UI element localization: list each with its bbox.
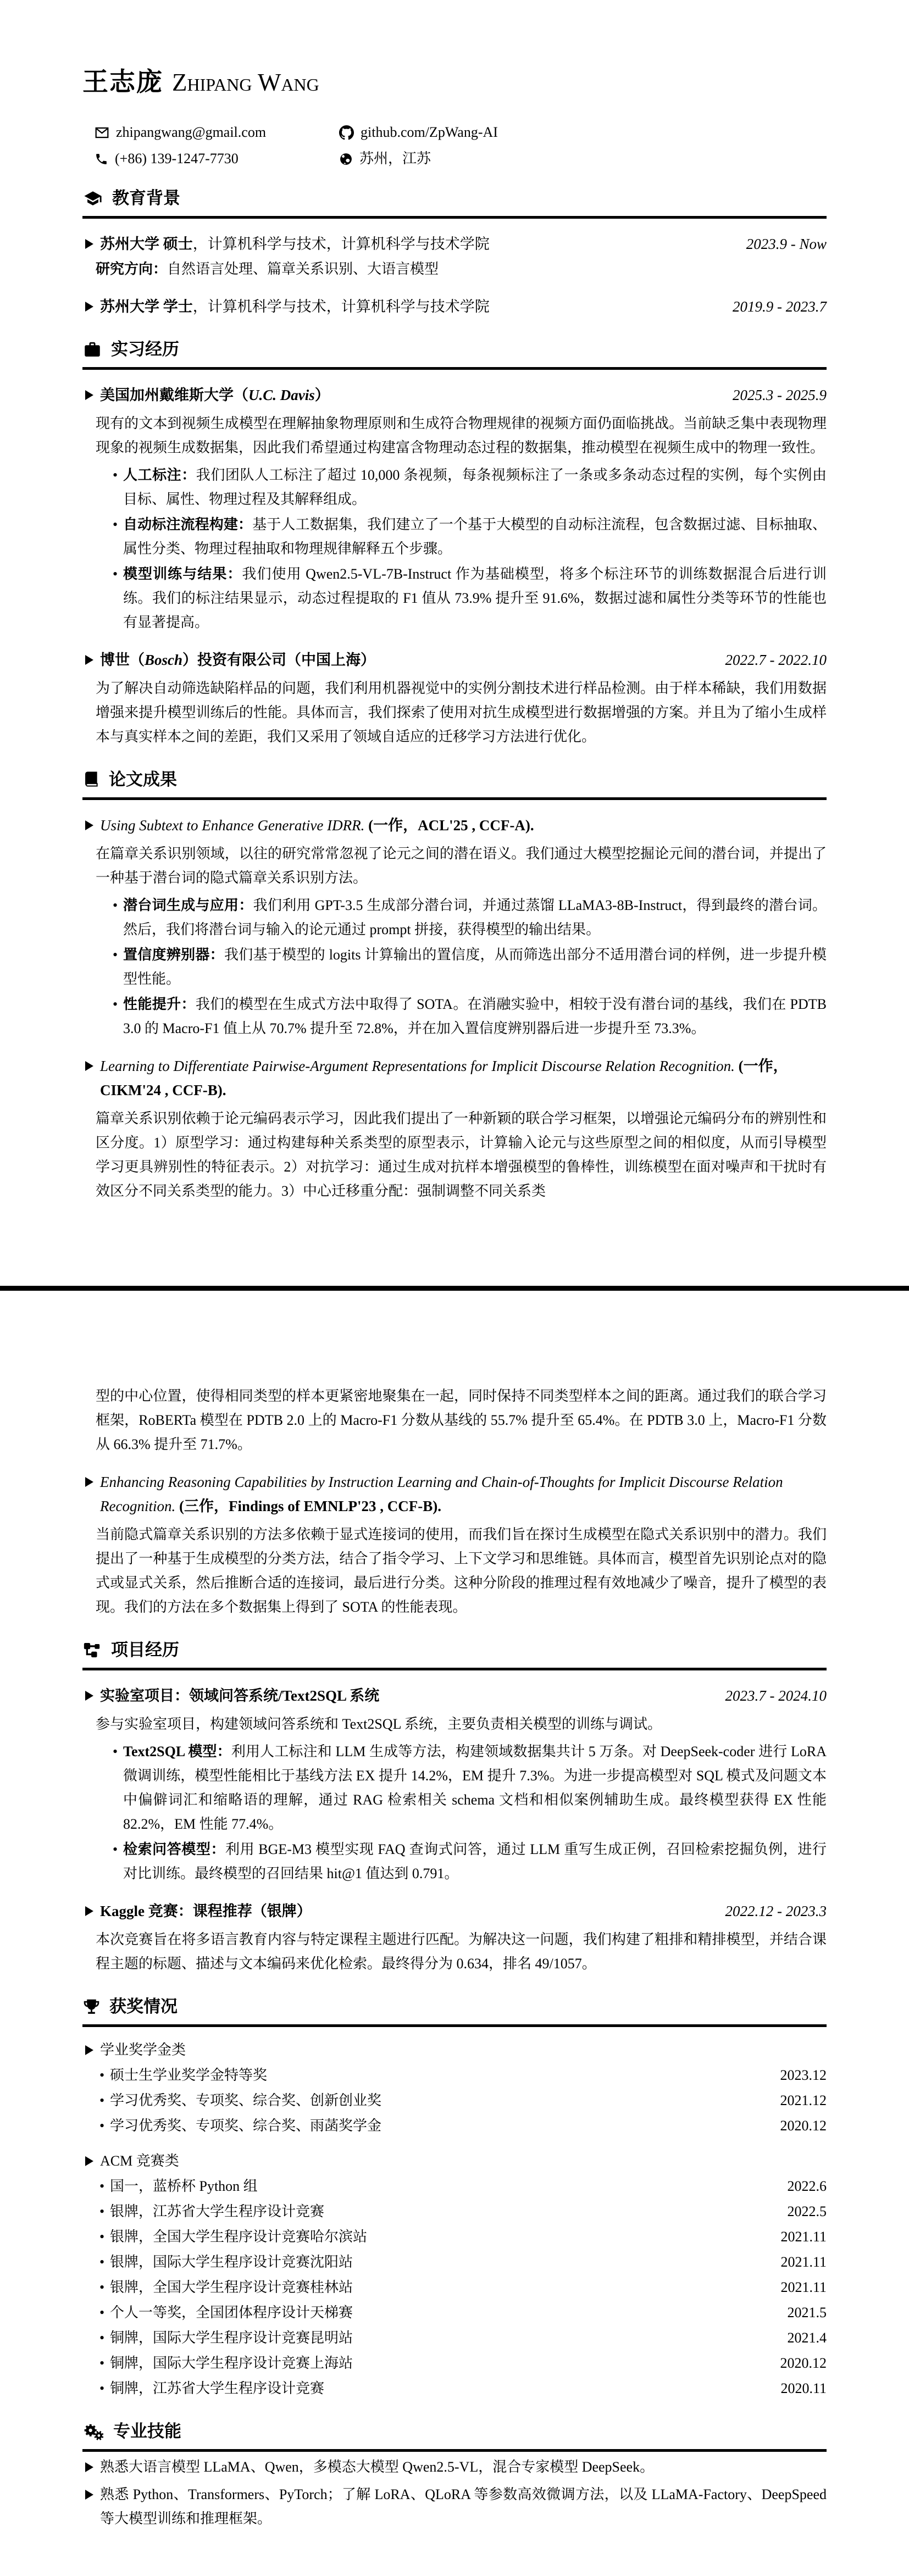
resume-document: { "colors": {"background": "#ffffff", "t… bbox=[0, 0, 909, 2576]
paper-title-line: Enhancing Reasoning Capabilities by Inst… bbox=[100, 1470, 827, 1518]
section-experience: 实习经历 美国加州戴维斯大学（U.C. Davis） 2025.3 - 2025… bbox=[82, 338, 827, 749]
globe-icon bbox=[339, 152, 353, 166]
phone-text: (+86) 139-1247-7730 bbox=[115, 150, 239, 168]
award-item: 银牌，全国大学生程序设计竞赛哈尔滨站2021.11 bbox=[110, 2225, 827, 2249]
bullet-item: 检索问答模型：利用 BGE-M3 模型实现 FAQ 查询式问答，通过 LLM 重… bbox=[123, 1837, 827, 1886]
section-publications-header: 论文成果 bbox=[82, 769, 827, 791]
experience-entry-bosch: 博世（Bosch）投资有限公司（中国上海） 2022.7 - 2022.10 为… bbox=[82, 648, 827, 749]
section-title: 论文成果 bbox=[109, 769, 177, 791]
education-degree: 苏州大学 硕士，计算机科学与技术，计算机科学与技术学院 bbox=[100, 232, 733, 256]
briefcase-icon bbox=[82, 341, 102, 359]
research-direction: 研究方向：自然语言处理、篇章关系识别、大语言模型 bbox=[96, 257, 827, 281]
award-group-name: 学业奖学金类 bbox=[100, 2038, 186, 2062]
entry-date: 2025.3 - 2025.9 bbox=[733, 383, 827, 407]
github-icon bbox=[339, 125, 354, 140]
project-intro: 参与实验室项目，构建领域问答系统和 Text2SQL 系统，主要负责相关模型的训… bbox=[96, 1712, 827, 1736]
section-rule bbox=[82, 1668, 827, 1670]
entry-body: 在篇章关系识别领域，以往的研究常常忽视了论元之间的潜在语义。我们通过大模型挖掘论… bbox=[96, 842, 827, 1041]
paper-2-continuation: 型的中心位置，使得相同类型的样本更紧密地聚集在一起，同时保持不同类型样本之间的距… bbox=[96, 1384, 827, 1457]
project-entry-kaggle: Kaggle 竞赛：课程推荐（银牌） 2022.12 - 2023.3 本次竞赛… bbox=[82, 1899, 827, 1976]
entry-header: 实验室项目：领域问答系统/Text2SQL 系统 2023.7 - 2024.1… bbox=[82, 1684, 827, 1708]
bullet-item: 置信度辨别器：我们基于模型的 logits 计算输出的置信度，从而筛选出部分不适… bbox=[123, 943, 827, 991]
entry-date: 2023.7 - 2024.10 bbox=[725, 1684, 827, 1708]
section-skills-header: 专业技能 bbox=[82, 2420, 827, 2442]
section-rule bbox=[82, 367, 827, 370]
entry-body: 本次竞赛旨在将多语言教育内容与特定课程主题进行匹配。为解决这一问题，我们构建了粗… bbox=[96, 1928, 827, 1976]
section-awards: 获奖情况 学业奖学金类 硕士生学业奖学金特等奖2023.12 学习优秀奖、专项奖… bbox=[82, 1996, 827, 2401]
contact-column-right: github.com/ZpWang-AI 苏州，江苏 bbox=[339, 124, 498, 168]
award-group-header: 学业奖学金类 bbox=[82, 2038, 827, 2062]
location-text: 苏州，江苏 bbox=[359, 150, 431, 168]
bullet-item: 潜台词生成与应用：我们利用 GPT-3.5 生成部分潜台词，并通过蒸馏 LLaM… bbox=[123, 893, 827, 942]
education-entry: 苏州大学 学士，计算机科学与技术，计算机科学与技术学院 2019.9 - 202… bbox=[82, 295, 827, 319]
section-rule bbox=[82, 797, 827, 800]
contact-github: github.com/ZpWang-AI bbox=[339, 124, 498, 141]
paper-title-line: Learning to Differentiate Pairwise-Argum… bbox=[100, 1054, 827, 1102]
name-chinese: 王志庞 bbox=[82, 68, 163, 97]
section-publications: 论文成果 Using Subtext to Enhance Generative… bbox=[82, 769, 827, 1203]
experience-intro: 为了解决自动筛选缺陷样品的问题，我们利用机器视觉中的实例分割技术进行样品检测。由… bbox=[96, 676, 827, 749]
entry-header: Learning to Differentiate Pairwise-Argum… bbox=[82, 1054, 827, 1102]
triangle-marker bbox=[85, 302, 93, 312]
page-title: 王志庞Zhipang Wang bbox=[82, 62, 827, 98]
section-skills: 专业技能 熟悉大语言模型 LLaMA、Qwen，多模态大模型 Qwen2.5-V… bbox=[82, 2420, 827, 2531]
paper-title-line: Using Subtext to Enhance Generative IDRR… bbox=[100, 813, 827, 837]
award-item: 学习优秀奖、专项奖、综合奖、创新创业奖2021.12 bbox=[110, 2089, 827, 2113]
company-name: 博世（Bosch）投资有限公司（中国上海） bbox=[100, 648, 712, 672]
email-icon bbox=[95, 125, 109, 140]
award-group-scholarship: 学业奖学金类 硕士生学业奖学金特等奖2023.12 学习优秀奖、专项奖、综合奖、… bbox=[82, 2038, 827, 2138]
section-title: 专业技能 bbox=[113, 2420, 181, 2442]
award-item: 铜牌，江苏省大学生程序设计竞赛2020.11 bbox=[110, 2377, 827, 2401]
bullet-item: Text2SQL 模型：利用人工标注和 LLM 生成等方法，构建领域数据集共计 … bbox=[123, 1740, 827, 1836]
entry-body: 参与实验室项目，构建领域问答系统和 Text2SQL 系统，主要负责相关模型的训… bbox=[96, 1712, 827, 1886]
entry-header: 苏州大学 学士，计算机科学与技术，计算机科学与技术学院 2019.9 - 202… bbox=[82, 295, 827, 319]
project-name: Kaggle 竞赛：课程推荐（银牌） bbox=[100, 1899, 712, 1923]
experience-intro: 现有的文本到视频生成模型在理解抽象物理原则和生成符合物理规律的视频方面仍面临挑战… bbox=[96, 412, 827, 460]
entry-date: 2023.9 - Now bbox=[746, 232, 827, 256]
section-rule bbox=[82, 216, 827, 219]
phone-icon bbox=[95, 152, 108, 166]
contact-block: zhipangwang@gmail.com (+86) 139-1247-773… bbox=[95, 124, 827, 168]
triangle-marker bbox=[85, 390, 93, 400]
section-title: 教育背景 bbox=[112, 187, 180, 209]
entry-header: 美国加州戴维斯大学（U.C. Davis） 2025.3 - 2025.9 bbox=[82, 383, 827, 407]
bullet-item: 人工标注：我们团队人工标注了超过 10,000 条视频，每条视频标注了一条或多条… bbox=[123, 463, 827, 512]
entry-header: 苏州大学 硕士，计算机科学与技术，计算机科学与技术学院 2023.9 - Now bbox=[82, 232, 827, 256]
award-item: 银牌，江苏省大学生程序设计竞赛2022.5 bbox=[110, 2200, 827, 2224]
paper-description-part2: 型的中心位置，使得相同类型的样本更紧密地聚集在一起，同时保持不同类型样本之间的距… bbox=[96, 1384, 827, 1457]
triangle-marker bbox=[85, 2490, 93, 2500]
triangle-marker bbox=[85, 1477, 93, 1487]
page-separator bbox=[0, 1286, 909, 1291]
section-title: 实习经历 bbox=[111, 338, 179, 360]
experience-bullets: 人工标注：我们团队人工标注了超过 10,000 条视频，每条视频标注了一条或多条… bbox=[96, 463, 827, 635]
project-intro: 本次竞赛旨在将多语言教育内容与特定课程主题进行匹配。为解决这一问题，我们构建了粗… bbox=[96, 1928, 827, 1976]
triangle-marker bbox=[85, 1691, 93, 1701]
email-text[interactable]: zhipangwang@gmail.com bbox=[116, 124, 266, 141]
gears-icon bbox=[82, 2422, 104, 2441]
award-item: 铜牌，国际大学生程序设计竞赛上海站2020.12 bbox=[110, 2351, 827, 2375]
section-experience-header: 实习经历 bbox=[82, 338, 827, 360]
triangle-marker bbox=[85, 239, 93, 249]
education-entry: 苏州大学 硕士，计算机科学与技术，计算机科学与技术学院 2023.9 - Now… bbox=[82, 232, 827, 281]
entry-body: 当前隐式篇章关系识别的方法多依赖于显式连接词的使用，而我们旨在探讨生成模型在隐式… bbox=[96, 1523, 827, 1619]
name-english: Zhipang Wang bbox=[172, 69, 319, 96]
paper-description: 当前隐式篇章关系识别的方法多依赖于显式连接词的使用，而我们旨在探讨生成模型在隐式… bbox=[96, 1523, 827, 1619]
experience-entry-ucdavis: 美国加州戴维斯大学（U.C. Davis） 2025.3 - 2025.9 现有… bbox=[82, 383, 827, 635]
contact-email: zhipangwang@gmail.com bbox=[95, 124, 339, 141]
github-text[interactable]: github.com/ZpWang-AI bbox=[361, 124, 498, 141]
project-entry-lab: 实验室项目：领域问答系统/Text2SQL 系统 2023.7 - 2024.1… bbox=[82, 1684, 827, 1886]
entry-date: 2022.12 - 2023.3 bbox=[725, 1899, 827, 1923]
paper-description: 在篇章关系识别领域，以往的研究常常忽视了论元之间的潜在语义。我们通过大模型挖掘论… bbox=[96, 842, 827, 890]
award-group-acm: ACM 竞赛类 国一，蓝桥杯 Python 组2022.6 银牌，江苏省大学生程… bbox=[82, 2149, 827, 2401]
entry-date: 2022.7 - 2022.10 bbox=[725, 648, 827, 672]
bullet-item: 性能提升：我们的模型在生成式方法中取得了 SOTA。在消融实验中，相较于没有潜台… bbox=[123, 992, 827, 1041]
paper-entry-1: Using Subtext to Enhance Generative IDRR… bbox=[82, 813, 827, 1041]
entry-body: 为了解决自动筛选缺陷样品的问题，我们利用机器视觉中的实例分割技术进行样品检测。由… bbox=[96, 676, 827, 749]
education-degree: 苏州大学 学士，计算机科学与技术，计算机科学与技术学院 bbox=[100, 295, 719, 319]
triangle-marker bbox=[85, 655, 93, 665]
entry-header: 博世（Bosch）投资有限公司（中国上海） 2022.7 - 2022.10 bbox=[82, 648, 827, 672]
award-item: 国一，蓝桥杯 Python 组2022.6 bbox=[110, 2174, 827, 2199]
section-rule bbox=[82, 2449, 827, 2452]
entry-body: 篇章关系识别依赖于论元编码表示学习，因此我们提出了一种新颖的联合学习框架，以增强… bbox=[96, 1107, 827, 1203]
entry-header: Kaggle 竞赛：课程推荐（银牌） 2022.12 - 2023.3 bbox=[82, 1899, 827, 1923]
contact-phone: (+86) 139-1247-7730 bbox=[95, 150, 339, 168]
section-title: 项目经历 bbox=[111, 1639, 179, 1661]
section-education: 教育背景 苏州大学 硕士，计算机科学与技术，计算机科学与技术学院 2023.9 … bbox=[82, 187, 827, 319]
entry-header: Using Subtext to Enhance Generative IDRR… bbox=[82, 813, 827, 837]
skill-item: 熟悉 Python、Transformers、PyTorch；了解 LoRA、Q… bbox=[82, 2483, 827, 2531]
project-name: 实验室项目：领域问答系统/Text2SQL 系统 bbox=[100, 1684, 712, 1708]
award-item: 硕士生学业奖学金特等奖2023.12 bbox=[110, 2063, 827, 2088]
bullet-item: 自动标注流程构建：基于人工数据集，我们建立了一个基于大模型的自动标注流程，包含数… bbox=[123, 513, 827, 561]
bullet-item: 模型训练与结果：我们使用 Qwen2.5-VL-7B-Instruct 作为基础… bbox=[123, 562, 827, 635]
section-title: 获奖情况 bbox=[109, 1996, 178, 2018]
graduation-cap-icon bbox=[82, 189, 103, 208]
triangle-marker bbox=[85, 1906, 93, 1916]
project-bullets: Text2SQL 模型：利用人工标注和 LLM 生成等方法，构建领域数据集共计 … bbox=[96, 1740, 827, 1886]
award-item: 银牌，国际大学生程序设计竞赛沈阳站2021.11 bbox=[110, 2250, 827, 2274]
triangle-marker bbox=[85, 2045, 93, 2055]
award-group-name: ACM 竞赛类 bbox=[100, 2149, 179, 2173]
company-name: 美国加州戴维斯大学（U.C. Davis） bbox=[100, 383, 719, 407]
paper-entry-3: Enhancing Reasoning Capabilities by Inst… bbox=[82, 1470, 827, 1619]
paper-description-part1: 篇章关系识别依赖于论元编码表示学习，因此我们提出了一种新颖的联合学习框架，以增强… bbox=[96, 1107, 827, 1203]
section-education-header: 教育背景 bbox=[82, 187, 827, 209]
section-rule bbox=[82, 2024, 827, 2027]
triangle-marker bbox=[85, 2462, 93, 2472]
page-2: 型的中心位置，使得相同类型的样本更紧密地聚集在一起，同时保持不同类型样本之间的距… bbox=[0, 1291, 909, 2576]
skill-item: 熟悉大语言模型 LLaMA、Qwen，多模态大模型 Qwen2.5-VL，混合专… bbox=[82, 2455, 827, 2479]
award-item: 银牌，全国大学生程序设计竞赛桂林站2021.11 bbox=[110, 2275, 827, 2300]
project-diagram-icon bbox=[82, 1641, 102, 1659]
award-item: 个人一等奖，全国团体程序设计天梯赛2021.5 bbox=[110, 2301, 827, 2325]
triangle-marker bbox=[85, 820, 93, 830]
paper-bullets: 潜台词生成与应用：我们利用 GPT-3.5 生成部分潜台词，并通过蒸馏 LLaM… bbox=[96, 893, 827, 1041]
award-group-header: ACM 竞赛类 bbox=[82, 2149, 827, 2173]
award-item: 铜牌，国际大学生程序设计竞赛昆明站2021.4 bbox=[110, 2326, 827, 2350]
page-1: 王志庞Zhipang Wang zhipangwang@gmail.com (+… bbox=[0, 0, 909, 1286]
trophy-icon bbox=[82, 1998, 101, 2016]
entry-header: Enhancing Reasoning Capabilities by Inst… bbox=[82, 1470, 827, 1518]
section-projects-header: 项目经历 bbox=[82, 1639, 827, 1661]
triangle-marker bbox=[85, 2156, 93, 2166]
section-projects: 项目经历 实验室项目：领域问答系统/Text2SQL 系统 2023.7 - 2… bbox=[82, 1639, 827, 1976]
entry-body: 现有的文本到视频生成模型在理解抽象物理原则和生成符合物理规律的视频方面仍面临挑战… bbox=[96, 412, 827, 635]
award-item: 学习优秀奖、专项奖、综合奖、雨菡奖学金2020.12 bbox=[110, 2114, 827, 2138]
section-awards-header: 获奖情况 bbox=[82, 1996, 827, 2018]
triangle-marker bbox=[85, 1061, 93, 1071]
contact-column-left: zhipangwang@gmail.com (+86) 139-1247-773… bbox=[95, 124, 339, 168]
paper-entry-2: Learning to Differentiate Pairwise-Argum… bbox=[82, 1054, 827, 1203]
entry-date: 2019.9 - 2023.7 bbox=[733, 295, 827, 319]
contact-location: 苏州，江苏 bbox=[339, 150, 498, 168]
book-icon bbox=[82, 770, 100, 789]
